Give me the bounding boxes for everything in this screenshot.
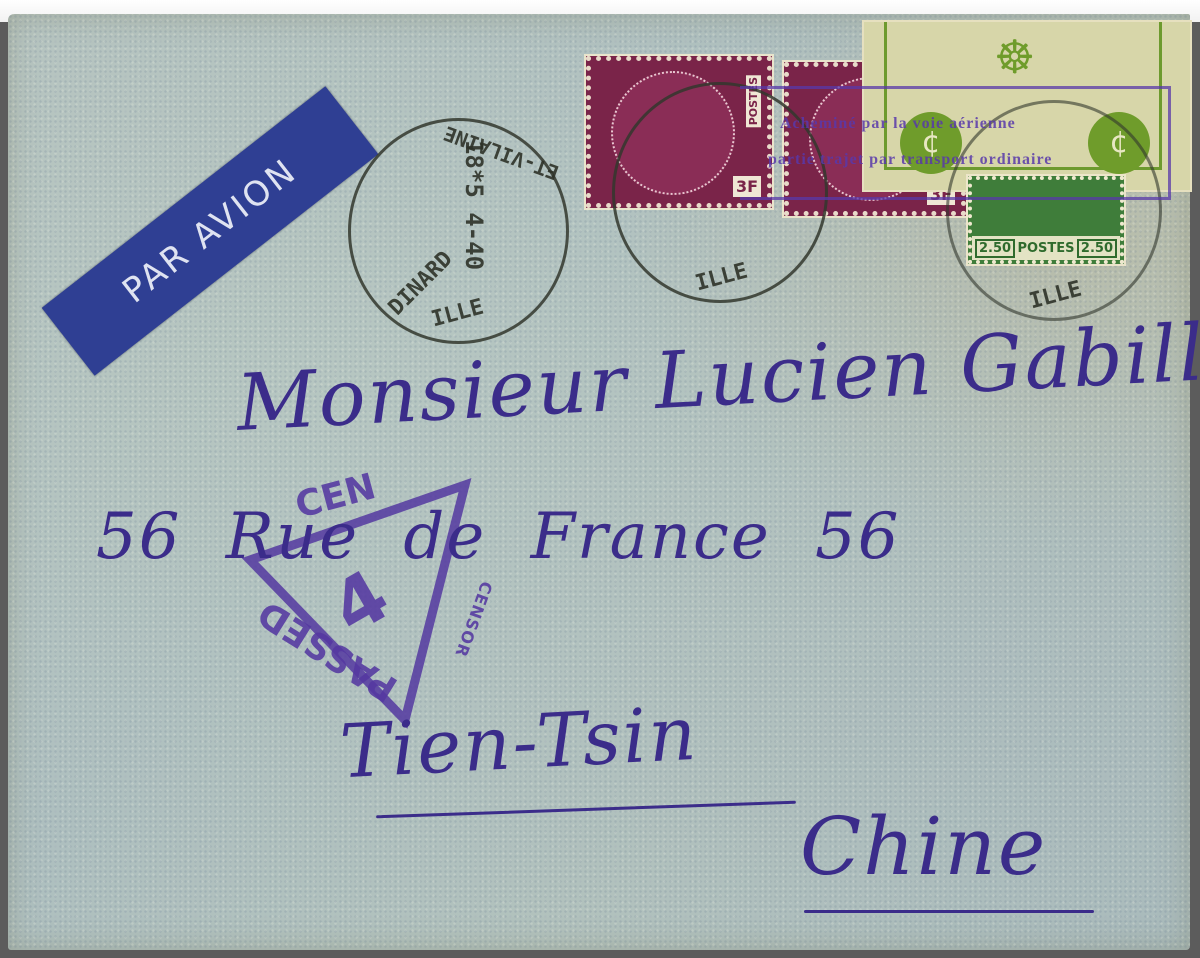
postmark-department: ILLE xyxy=(429,295,487,333)
country-underline xyxy=(804,910,1094,913)
postmark-dinard: ET-VILAINE 18*5 4-40 DINARD ILLE xyxy=(348,118,569,344)
handstamp-line-2: partie trajet par transport ordinaire xyxy=(768,151,1052,169)
address-street: 56 Rue de France 56 xyxy=(96,500,900,574)
postmark-department: ILLE xyxy=(693,259,751,297)
handstamp-line-1: Acheminé par la voie aérienne xyxy=(780,115,1016,133)
routing-handstamp: Acheminé par la voie aérienne partie tra… xyxy=(740,86,1171,200)
stamp-ornament-icon: ☸ xyxy=(994,30,1035,84)
postmark-date: 18*5 4-40 xyxy=(460,140,488,270)
postmark-department: ILLE xyxy=(1027,277,1085,315)
address-country: Chine xyxy=(800,800,1047,893)
